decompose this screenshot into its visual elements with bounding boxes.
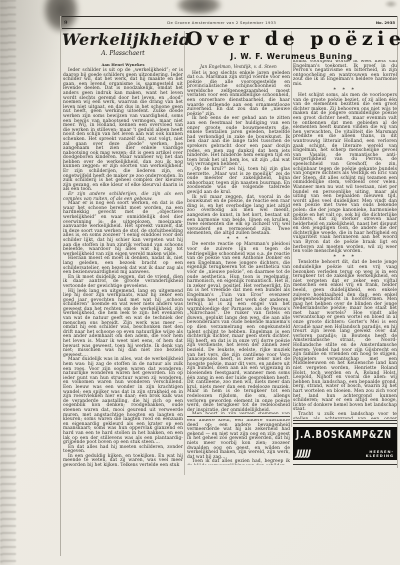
article-paragraph: En ik moet duidelijk zeggen, dat de vrie… bbox=[63, 276, 183, 290]
article-paragraph: komst voorspeld wordt. Ik weet niets van… bbox=[293, 60, 397, 88]
scan-artifact bbox=[384, 0, 398, 8]
article-paragraph: Het schijnt soms, als men de voorloopers… bbox=[293, 94, 397, 255]
article-paragraph: Ik heb eens de eer gehad aan te zitten a… bbox=[187, 117, 290, 168]
article-paragraph: Maar duidelijk was in alles, wat de werk… bbox=[63, 358, 183, 445]
article-paragraph: een andere kleur, een andere substantie … bbox=[187, 419, 290, 460]
ad-company-name: J.A.BOSKAMP&ZN bbox=[296, 429, 394, 442]
article-paragraph: Maar er is nog een soort werken, en dat … bbox=[63, 202, 183, 257]
page-number: 9 bbox=[64, 20, 67, 26]
article-paragraph: Ieder schilder is uit op de „werkelijkhe… bbox=[63, 69, 183, 193]
article-paragraph: Hij leek lang en uitgemend, lang en uitg… bbox=[63, 290, 183, 359]
article-paragraph: Men hoort in zijn verzen stemmen van vel… bbox=[187, 413, 290, 414]
ad-logo-motif: JJJJJ bbox=[295, 450, 311, 458]
right-article-heading: Over de poëzie J. W. F. Werumeus Buning bbox=[186, 29, 397, 61]
page-margin-rule bbox=[60, 16, 61, 556]
article-divider-rule bbox=[187, 416, 290, 417]
left-article-author: A. Plasschaert bbox=[62, 50, 184, 57]
article-paragraph: Tenslotte behoort dit, dat de beste jong… bbox=[293, 261, 397, 413]
article-paragraph: Ik wil maar zeggen, dat, vooral in de bo… bbox=[187, 196, 290, 237]
ad-line-3: KLEEDING bbox=[366, 454, 394, 458]
scan-edge-texture bbox=[0, 0, 16, 565]
left-article-continuation: een andere kleur, een andere substantie … bbox=[187, 419, 290, 465]
article-paragraph: Hieraan moest en moet ik denken, nadat i… bbox=[63, 257, 183, 275]
dedication: Aan Henri Wynekes bbox=[63, 62, 183, 67]
masthead: De Groene Amsterdammer van 2 September 1… bbox=[167, 20, 276, 25]
page-margin-rule bbox=[397, 16, 398, 468]
ad-bottom-rule bbox=[293, 464, 397, 465]
issue-number: No. 2935 bbox=[376, 20, 395, 25]
article-paragraph: Tracht u zulk een landschap voor te stel… bbox=[293, 413, 397, 419]
left-article-column: Aan Henri Wynekes Ieder schilder is uit … bbox=[63, 62, 183, 476]
right-article-title: Over de poëzie bbox=[186, 29, 397, 50]
article-paragraph: „Op de krul?” zei hij, toen hij zijn gla… bbox=[187, 168, 290, 196]
review-byline: Jan Engelman, Vestdijk, v. d. Steen bbox=[187, 64, 290, 69]
article-paragraph: Het is nog slechts enkele jaren geleden … bbox=[187, 72, 290, 118]
ad-top-rule bbox=[293, 420, 397, 424]
advertisement: J.A.BOSKAMP&ZN JJJJJ HEEREN- KLEEDING bbox=[293, 427, 397, 460]
column-rule bbox=[184, 31, 185, 475]
article-paragraph: Toen ik dat alles gezien had, begreep ik… bbox=[187, 460, 290, 465]
right-article-column-2: komst voorspeld wordt. Ik weet niets van… bbox=[293, 60, 397, 419]
scan-artifact bbox=[176, 0, 222, 15]
article-paragraph: De eerste reactie op Marsman's pleidooi … bbox=[187, 243, 290, 413]
column-rule bbox=[291, 31, 292, 427]
left-article-heading: Werkelijkheid A. Plasschaert bbox=[62, 31, 184, 57]
article-paragraph: In een geduldig kijken, en toekijken. En… bbox=[63, 455, 183, 469]
right-article-column-1: Jan Engelman, Vestdijk, v. d. Steen Het … bbox=[187, 64, 290, 414]
left-article-title: Werkelijkheid bbox=[62, 31, 184, 49]
